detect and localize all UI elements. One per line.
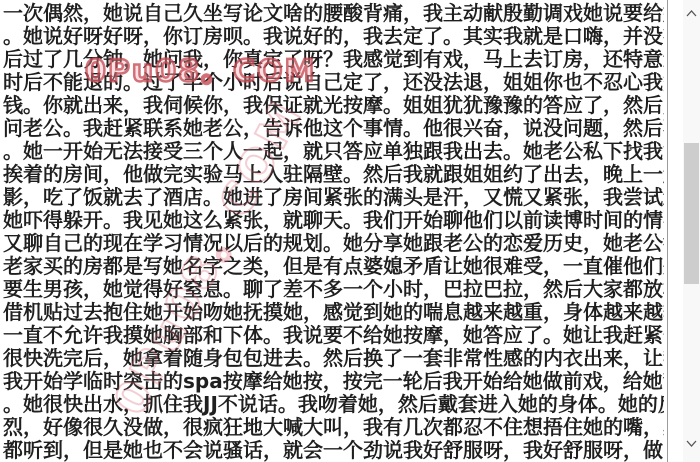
text-line: 她吓得躲开。我见她这么紧张，就聊天。我们开始聊他们以前读博时间的情况经历，我	[3, 209, 664, 232]
text-line: 。她很快出水，抓住我JJ不说话。我吻着她，然后戴套进入她的身体。她的反应非常剧	[3, 393, 664, 416]
document-page: 一次偶然，她说自己久坐写论文啥的腰酸背痛，我主动献殷勤调戏她说要给她按摩啥的 。…	[0, 0, 700, 462]
scroll-up-button[interactable]	[683, 3, 700, 20]
text-line: 一直不允许我摸她胸部和下体。我说要不给她按摩，她答应了。她让我赶紧去洗澡，我	[3, 324, 664, 347]
text-line: 我开始学临时突击的spa按摩给她按，按完一轮后我开始给她做前戏，给她舔乳头和小穴	[3, 370, 664, 393]
vertical-scrollbar[interactable]	[683, 0, 700, 462]
content-right-border	[667, 0, 668, 462]
document-text: 一次偶然，她说自己久坐写论文啥的腰酸背痛，我主动献殷勤调戏她说要给她按摩啥的 。…	[3, 2, 664, 462]
chevron-down-icon	[686, 432, 697, 451]
text-line: 。她说好呀好呀，你订房呗。我说好的，我去定了。其实我就是口嗨，并没有去定。然	[3, 25, 664, 48]
text-line: 烈，好像很久没做，很疯狂地大喊大叫，我有几次都忍不住想捂住她的嘴，感觉整层楼	[3, 416, 664, 439]
text-line: 后过了几分钟，她问我，你真定了呀？我感觉到有戏，马上去订房，还特意选了半个小	[3, 48, 664, 71]
text-line: 问老公。我赶紧联系她老公，告诉他这个事情。他很兴奋，说没问题，然后不断鼓励她	[3, 117, 664, 140]
text-line: 影，吃了饭就去了酒店。她进了房间紧张的满头是汗，又慌又紧张，我尝试过去抱她，	[3, 186, 664, 209]
text-line: 很快洗完后，她拿着随身包包进去。然后换了一套非常性感的内衣出来，让我惊艳到。	[3, 347, 664, 370]
text-line: 老家买的房都是写她名字之类，但是有点婆媳矛盾让她很难受，一直催他们生孩子，还	[3, 255, 664, 278]
chevron-up-icon	[686, 2, 697, 21]
text-line: 都听到，但是她也不会说骚话，就会一个劲说我好舒服呀，我好舒服呀，做了一个多小	[3, 439, 664, 462]
text-line: 钱。你就出来，我伺候你，我保证就光按摩。姐姐犹犹豫豫的答应了，然后又说得去问	[3, 94, 664, 117]
scrollbar-thumb[interactable]	[684, 143, 699, 284]
text-line: 借机贴过去抱住她开始吻她抚摸她，感觉到她的喘息越来越重，身体越来越软。但是她	[3, 301, 664, 324]
scroll-down-button[interactable]	[683, 433, 700, 450]
text-line: 要生男孩，她觉得好窒息。聊了差不多一个小时，巴拉巴拉，然后大家都放松下来，我	[3, 278, 664, 301]
text-line: 。她一开始无法接受三个人一起，就只答应单独跟我出去。她老公私下找我让我定两个	[3, 140, 664, 163]
text-line: 一次偶然，她说自己久坐写论文啥的腰酸背痛，我主动献殷勤调戏她说要给她按摩啥的	[3, 2, 664, 25]
text-line: 时后不能退的。过了半个小时后说自己定了，还没法退，姐姐你也不忍心我穷学生浪费	[3, 71, 664, 94]
text-line: 又聊自己的现在学习情况以后的规划。她分享她跟老公的恋爱历史，她老公很爱她，在	[3, 232, 664, 255]
text-line: 挨着的房间，他做完实验马上入驻隔壁。然后我就跟姐姐约了出去，晚上一起看了个电	[3, 163, 664, 186]
